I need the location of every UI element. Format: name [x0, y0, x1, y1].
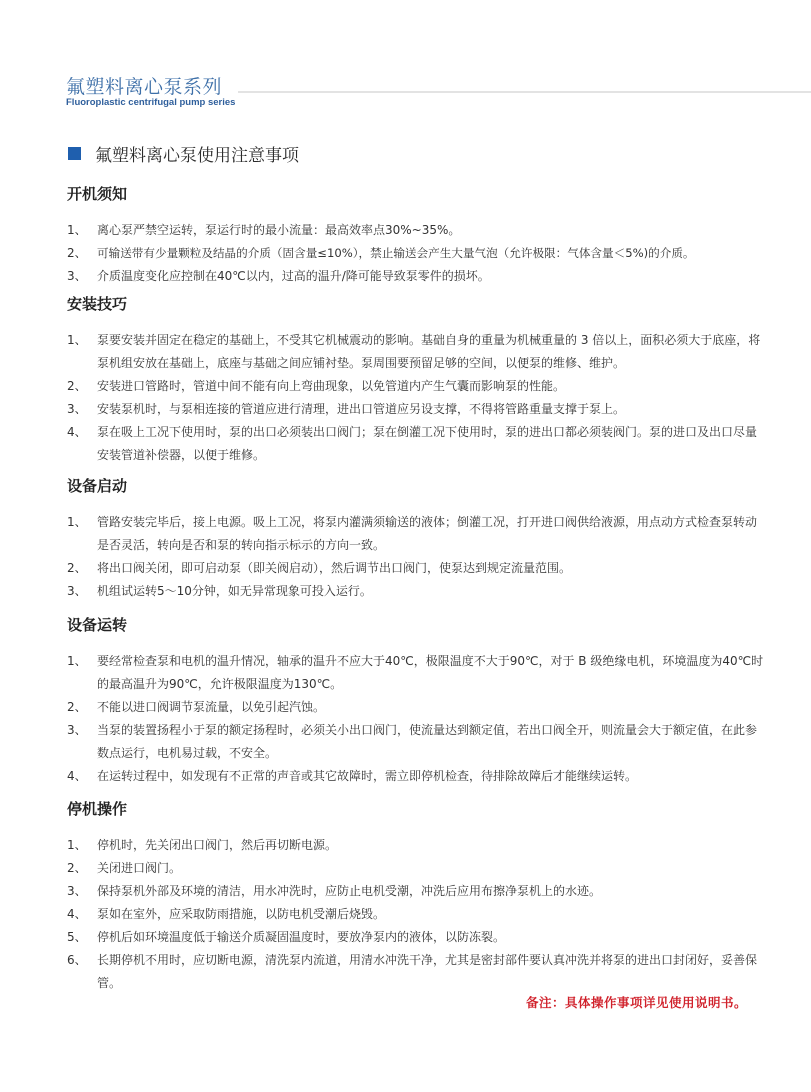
item-number: 1、	[67, 650, 97, 696]
page-heading: 氟塑料离心泵使用注意事项	[68, 141, 299, 166]
list-item: 1、泵要安装并固定在稳定的基础上，不受其它机械震动的影响。基础自身的重量为机械重…	[67, 329, 767, 375]
item-text: 停机时，先关闭出口阀门，然后再切断电源。	[97, 834, 767, 857]
item-text: 在运转过程中，如发现有不正常的声音或其它故障时，需立即停机检查，待排除故障后才能…	[97, 765, 767, 788]
item-number: 1、	[67, 219, 97, 242]
item-text: 要经常检查泵和电机的温升情况，轴承的温升不应大于40℃，极限温度不大于90℃，对…	[97, 650, 767, 696]
series-title: 氟塑料离心泵系列	[66, 72, 222, 99]
list-item: 3、当泵的装置扬程小于泵的额定扬程时，必须关小出口阀门，使流量达到额定值，若出口…	[67, 719, 767, 765]
section-shutdown-operation: 停机操作 1、停机时，先关闭出口阀门，然后再切断电源。 2、关闭进口阀门。 3、…	[67, 798, 767, 995]
list-item: 3、保持泵机外部及环境的清洁，用水冲洗时，应防止电机受潮，冲洗后应用布擦净泵机上…	[67, 880, 767, 903]
list-item: 1、停机时，先关闭出口阀门，然后再切断电源。	[67, 834, 767, 857]
list-item: 3、安装泵机时，与泵相连接的管道应进行清理，进出口管道应另设支撑，不得将管路重量…	[67, 398, 767, 421]
item-number: 2、	[67, 857, 97, 880]
item-text: 关闭进口阀门。	[97, 857, 767, 880]
list-item: 5、停机后如环境温度低于输送介质凝固温度时，要放净泵内的液体，以防冻裂。	[67, 926, 767, 949]
section-equipment-operation: 设备运转 1、要经常检查泵和电机的温升情况，轴承的温升不应大于40℃，极限温度不…	[67, 614, 767, 788]
section-title: 设备运转	[67, 614, 767, 635]
item-text: 泵如在室外，应采取防雨措施，以防电机受潮后烧毁。	[97, 903, 767, 926]
series-subtitle: Fluoroplastic centrifugal pump series	[66, 97, 235, 108]
item-text: 不能以进口阀调节泵流量，以免引起汽蚀。	[97, 696, 767, 719]
item-text: 离心泵严禁空运转，泵运行时的最小流量：最高效率点30%~35%。	[97, 219, 767, 242]
item-text: 泵在吸上工况下使用时，泵的出口必须装出口阀门；泵在倒灌工况下使用时，泵的进出口都…	[97, 421, 767, 467]
item-text: 可输送带有少量颗粒及结晶的介质（固含量≤10%），禁止输送会产生大量气泡（允许极…	[97, 242, 767, 265]
item-text: 泵要安装并固定在稳定的基础上，不受其它机械震动的影响。基础自身的重量为机械重量的…	[97, 329, 767, 375]
page-heading-text: 氟塑料离心泵使用注意事项	[95, 141, 299, 166]
item-number: 3、	[67, 580, 97, 603]
item-number: 2、	[67, 696, 97, 719]
header-divider	[238, 91, 811, 93]
list-item: 4、在运转过程中，如发现有不正常的声音或其它故障时，需立即停机检查，待排除故障后…	[67, 765, 767, 788]
item-number: 1、	[67, 511, 97, 557]
list-item: 2、关闭进口阀门。	[67, 857, 767, 880]
list-item: 2、安装进口管路时，管道中间不能有向上弯曲现象，以免管道内产生气囊而影响泵的性能…	[67, 375, 767, 398]
list-item: 4、泵在吸上工况下使用时，泵的出口必须装出口阀门；泵在倒灌工况下使用时，泵的进出…	[67, 421, 767, 467]
item-number: 4、	[67, 765, 97, 788]
item-number: 3、	[67, 880, 97, 903]
item-number: 1、	[67, 329, 97, 375]
footer-note: 备注：具体操作事项详见使用说明书。	[526, 993, 747, 1011]
item-text: 当泵的装置扬程小于泵的额定扬程时，必须关小出口阀门，使流量达到额定值，若出口阀全…	[97, 719, 767, 765]
item-number: 2、	[67, 242, 97, 265]
item-number: 2、	[67, 375, 97, 398]
list-item: 2、不能以进口阀调节泵流量，以免引起汽蚀。	[67, 696, 767, 719]
list-item: 2、可输送带有少量颗粒及结晶的介质（固含量≤10%），禁止输送会产生大量气泡（允…	[67, 242, 767, 265]
section-title: 停机操作	[67, 798, 767, 819]
item-number: 4、	[67, 421, 97, 467]
list-item: 1、离心泵严禁空运转，泵运行时的最小流量：最高效率点30%~35%。	[67, 219, 767, 242]
item-text: 安装泵机时，与泵相连接的管道应进行清理，进出口管道应另设支撑，不得将管路重量支撑…	[97, 398, 767, 421]
list-item: 1、管路安装完毕后，接上电源。吸上工况，将泵内灌满须输送的液体；倒灌工况，打开进…	[67, 511, 767, 557]
section-installation-tips: 安装技巧 1、泵要安装并固定在稳定的基础上，不受其它机械震动的影响。基础自身的重…	[67, 293, 767, 467]
item-number: 5、	[67, 926, 97, 949]
item-text: 安装进口管路时，管道中间不能有向上弯曲现象，以免管道内产生气囊而影响泵的性能。	[97, 375, 767, 398]
item-text: 保持泵机外部及环境的清洁，用水冲洗时，应防止电机受潮，冲洗后应用布擦净泵机上的水…	[97, 880, 767, 903]
item-text: 长期停机不用时，应切断电源，清洗泵内流道，用清水冲洗干净，尤其是密封部件要认真冲…	[97, 949, 767, 995]
list-item: 2、将出口阀关闭，即可启动泵（即关阀启动），然后调节出口阀门，使泵达到规定流量范…	[67, 557, 767, 580]
item-text: 将出口阀关闭，即可启动泵（即关阀启动），然后调节出口阀门，使泵达到规定流量范围。	[97, 557, 767, 580]
list-item: 1、要经常检查泵和电机的温升情况，轴承的温升不应大于40℃，极限温度不大于90℃…	[67, 650, 767, 696]
section-equipment-startup: 设备启动 1、管路安装完毕后，接上电源。吸上工况，将泵内灌满须输送的液体；倒灌工…	[67, 475, 767, 603]
section-title: 设备启动	[67, 475, 767, 496]
item-number: 2、	[67, 557, 97, 580]
list-item: 6、长期停机不用时，应切断电源，清洗泵内流道，用清水冲洗干净，尤其是密封部件要认…	[67, 949, 767, 995]
list-item: 3、机组试运转5～10分钟，如无异常现象可投入运行。	[67, 580, 767, 603]
list-item: 4、泵如在室外，应采取防雨措施，以防电机受潮后烧毁。	[67, 903, 767, 926]
item-text: 管路安装完毕后，接上电源。吸上工况，将泵内灌满须输送的液体；倒灌工况，打开进口阀…	[97, 511, 767, 557]
item-number: 1、	[67, 834, 97, 857]
item-number: 3、	[67, 398, 97, 421]
square-bullet-icon	[68, 147, 81, 160]
item-text: 介质温度变化应控制在40℃以内，过高的温升/降可能导致泵零件的损坏。	[97, 265, 767, 288]
section-startup-notice: 开机须知 1、离心泵严禁空运转，泵运行时的最小流量：最高效率点30%~35%。 …	[67, 183, 767, 288]
item-number: 3、	[67, 265, 97, 288]
list-item: 3、介质温度变化应控制在40℃以内，过高的温升/降可能导致泵零件的损坏。	[67, 265, 767, 288]
item-text: 停机后如环境温度低于输送介质凝固温度时，要放净泵内的液体，以防冻裂。	[97, 926, 767, 949]
section-title: 安装技巧	[67, 293, 767, 314]
item-number: 3、	[67, 719, 97, 765]
item-number: 4、	[67, 903, 97, 926]
item-text: 机组试运转5～10分钟，如无异常现象可投入运行。	[97, 580, 767, 603]
section-title: 开机须知	[67, 183, 767, 204]
item-number: 6、	[67, 949, 97, 995]
